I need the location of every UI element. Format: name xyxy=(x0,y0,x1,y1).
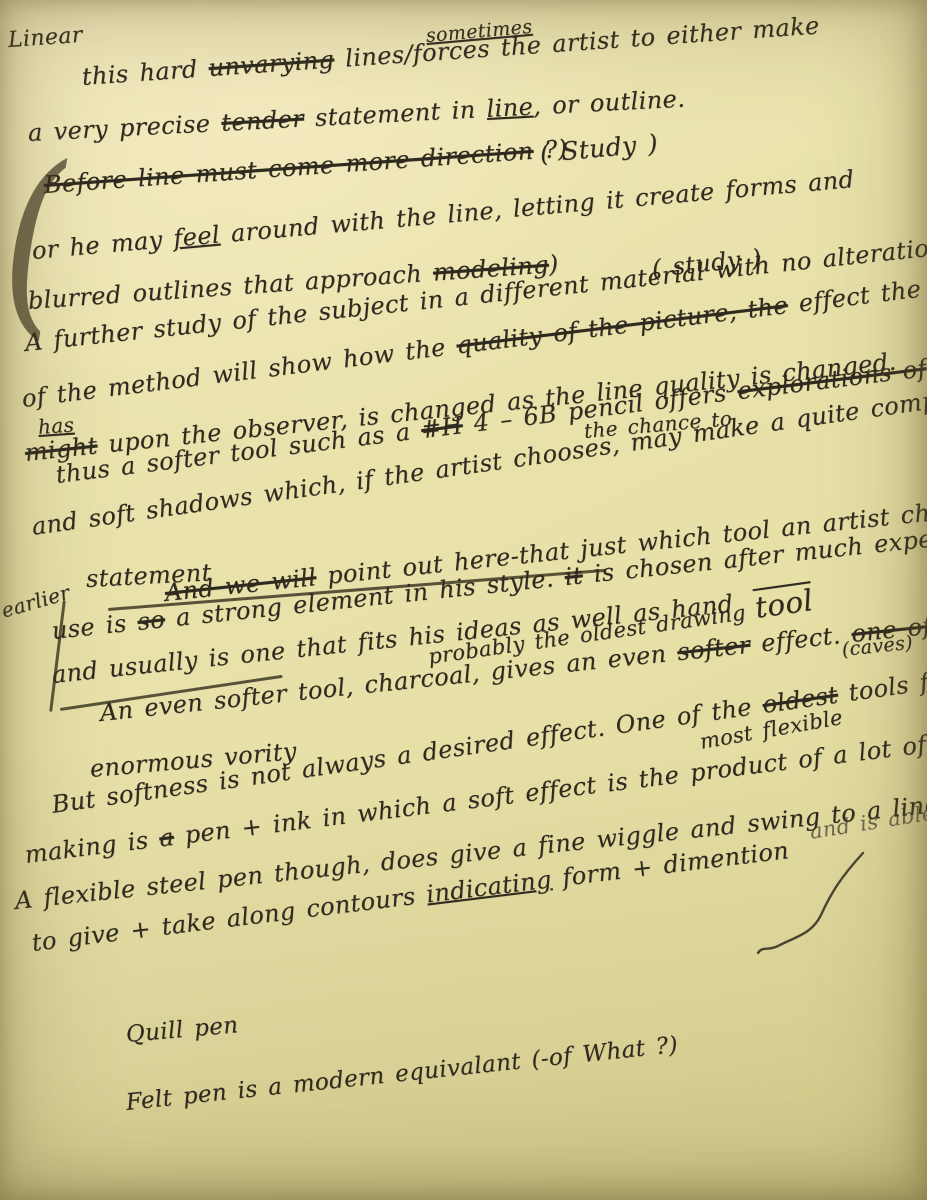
handwritten-text: indicating xyxy=(425,865,554,908)
struck-out-text: tender xyxy=(221,105,305,137)
handwritten-text: Felt pen is a modern equivalant (-of Wha… xyxy=(125,1032,680,1116)
handwritten-text: tool xyxy=(753,583,815,625)
struck-out-text: one of xyxy=(850,612,927,648)
handwritten-text: or he may xyxy=(31,225,175,265)
handwritten-text: making is xyxy=(23,825,161,869)
handwritten-text: this hard xyxy=(81,54,210,91)
handwritten-text: Quill pen xyxy=(125,1012,240,1048)
handwritten-text: feel xyxy=(172,221,221,253)
struck-out-text: softer xyxy=(676,631,752,667)
handwritten-text: Linear xyxy=(7,23,83,53)
handwritten-text: , or outline. xyxy=(532,85,685,121)
struck-out-text: Before line must come more direction xyxy=(43,137,534,199)
handwritten-text: statement in xyxy=(303,95,487,133)
manuscript-page: ( Linearsometimesthis hard unvarying lin… xyxy=(0,0,927,1200)
handwritten-text: a very precise xyxy=(27,109,222,147)
struck-out-text: so xyxy=(136,605,166,636)
margin-note-linear: Linear xyxy=(7,23,83,53)
struck-out-text: #H xyxy=(419,411,464,444)
line-22: Felt pen is a modern equivalant (-of Wha… xyxy=(125,1032,680,1116)
handwritten-text: ?) xyxy=(532,134,568,164)
line-21: Quill pen xyxy=(125,1012,240,1048)
handwritten-text: line xyxy=(486,93,534,123)
handwritten-text: effect. xyxy=(749,620,853,658)
struck-out-text: unvarying xyxy=(208,45,336,82)
line-03: Before line must come more direction ?) xyxy=(43,135,568,199)
handwritten-text: use is xyxy=(50,608,138,645)
handwritten-text: tools for line xyxy=(836,656,927,708)
handwritten-text: lines/forces the artist to either make xyxy=(333,11,820,73)
